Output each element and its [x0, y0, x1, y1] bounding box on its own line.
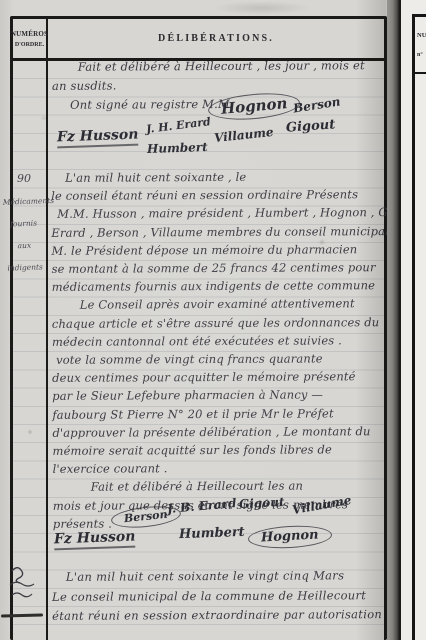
signature-husson: Fz Husson	[57, 127, 139, 149]
manuscript-line: Erard , Berson , Villaume membres du con…	[51, 222, 381, 242]
manuscript-line: aux	[4, 234, 45, 257]
adjacent-page-table-border	[412, 14, 426, 640]
adjacent-numeros-fragment: NU	[417, 32, 426, 39]
manuscript-line: par le Sieur Lefebure pharmacien à Nancy…	[52, 386, 382, 406]
signature-humbert: Humbert	[147, 140, 208, 156]
adjacent-page-header-line	[412, 72, 426, 74]
manuscript-line: Médicaments	[2, 190, 43, 213]
adjacent-page-sliver: NU n°	[399, 0, 426, 640]
manuscript-line: M.M. Husson , maire président , Humbert …	[51, 204, 381, 224]
margin-scribble	[6, 563, 42, 607]
manuscript-line: Le Conseil après avoir examiné attentive…	[52, 295, 382, 315]
numeros-ordre-header-cell: NUMÉROS D'ORDRE.	[13, 19, 48, 58]
manuscript-line: médicaments fournis aux indigents de cet…	[52, 276, 382, 296]
manuscript-line: fournis	[3, 212, 44, 235]
book-gutter	[387, 0, 399, 640]
manuscript-line: M. le Président dépose un mémoire du pha…	[51, 240, 381, 260]
manuscript-line: mémoire serait acquitté sur les fonds li…	[52, 440, 382, 460]
manuscript-line: Le conseil municipal de la commune de He…	[52, 586, 382, 607]
manuscript-line: indigents	[5, 256, 46, 279]
manuscript-line: chaque article et s'être assuré que les …	[52, 313, 382, 333]
manuscript-line: deux centimes pour acquitter le mémoire …	[52, 367, 382, 387]
manuscript-line: L'an mil huit cent soixante , le	[51, 167, 381, 187]
manuscript-line: faubourg St Pierre N° 20 et il prie Mr l…	[52, 404, 382, 424]
manuscript-line: le conseil étant réuni en session ordina…	[51, 185, 381, 205]
table-header-row: NUMÉROS D'ORDRE. DÉLIBÉRATIONS.	[13, 19, 384, 61]
adjacent-ordre-fragment: n°	[417, 52, 423, 58]
ordre-label: D'ORDRE.	[15, 42, 44, 48]
manuscript-line: d'approuver la présente délibération , L…	[52, 422, 382, 442]
numeros-label: NUMÉROS	[11, 30, 48, 38]
deliberation-90-paragraph: L'an mil huit cent soixante , lele conse…	[51, 167, 383, 533]
deliberations-label: DÉLIBÉRATIONS.	[158, 33, 274, 44]
manuscript-line: étant réuni en session extraordinaire pa…	[52, 605, 382, 626]
next-deliberation-paragraph: L'an mil huit cent soixante le vingt cin…	[52, 566, 382, 626]
manuscript-line: vote la somme de vingt cinq francs quara…	[52, 349, 382, 369]
signature-humbert: Humbert	[179, 525, 245, 542]
manuscript-line: L'an mil huit cent soixante le vingt cin…	[52, 566, 382, 587]
column-divider	[46, 61, 48, 640]
manuscript-line: Fait et délibéré à Heillecourt les an	[53, 477, 383, 497]
manuscript-line: an susdits.	[52, 75, 382, 96]
manuscript-line: se montant à la somme de 25 francs 42 ce…	[52, 258, 382, 278]
manuscript-line: l'exercice courant .	[53, 458, 383, 478]
manuscript-line: Fait et délibéré à Heillecourt , les jou…	[52, 56, 382, 77]
deliberations-header-cell: DÉLIBÉRATIONS.	[48, 19, 384, 58]
signature-gigout: Gigout	[239, 495, 285, 511]
scanned-register-page: NUMÉROS D'ORDRE. DÉLIBÉRATIONS. 90 Médic…	[0, 0, 426, 640]
margin-entry-label: Médicamentsfournisauxindigents	[2, 190, 45, 279]
manuscript-line: médecin cantonnal ont été exécutées et s…	[52, 331, 382, 351]
margin-entry-number: 90	[17, 172, 31, 185]
signature-husson: Fz Husson	[54, 529, 136, 551]
